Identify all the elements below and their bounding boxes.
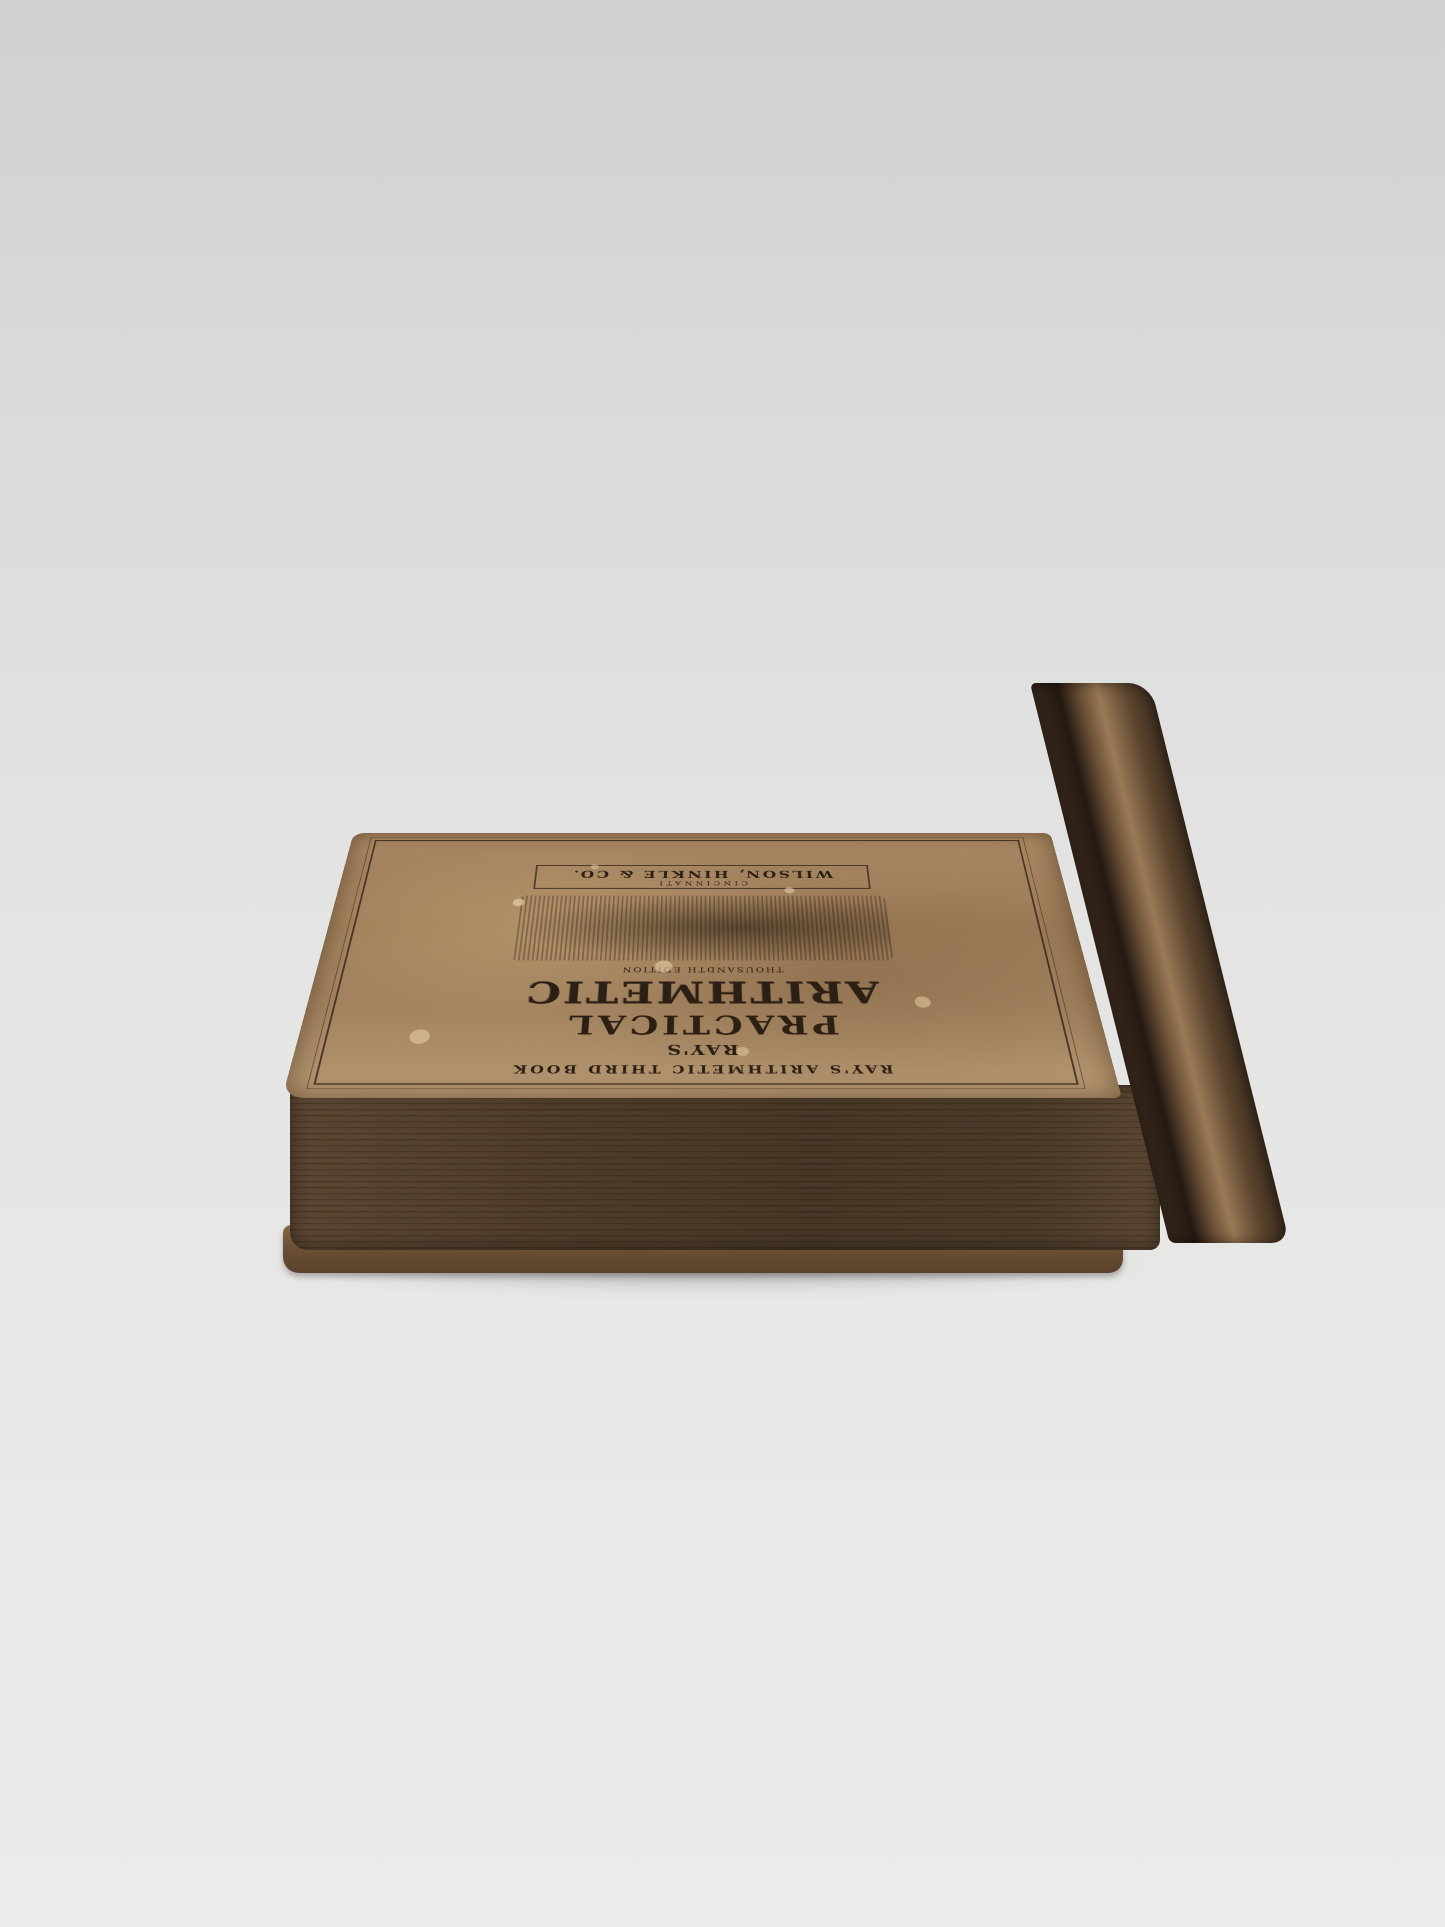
book-front-cover: RAY'S ARITHMETIC THIRD BOOK RAY'S PRACTI… [282, 833, 1122, 1098]
cover-title-practical: PRACTICAL [563, 1010, 841, 1040]
cover-print-upside-down: RAY'S ARITHMETIC THIRD BOOK RAY'S PRACTI… [282, 833, 1122, 1098]
cover-title-possessive: RAY'S [665, 1041, 739, 1058]
photo-scene: RAY'S ARITHMETIC THIRD BOOK RAY'S PRACTI… [0, 0, 1445, 1927]
book-page-block [290, 1085, 1160, 1250]
cover-edition: THOUSANDTH EDITION [621, 965, 784, 973]
cover-engraving-illustration [511, 896, 894, 961]
cover-series-line: RAY'S ARITHMETIC THIRD BOOK [510, 1062, 895, 1076]
cover-publisher: WILSON, HINKLE & CO. [571, 868, 834, 879]
cover-city: CINCINNATI [570, 880, 834, 886]
cover-publisher-box: CINCINNATI WILSON, HINKLE & CO. [533, 865, 870, 889]
cover-title-arithmetic: ARITHMETIC [522, 975, 882, 1010]
